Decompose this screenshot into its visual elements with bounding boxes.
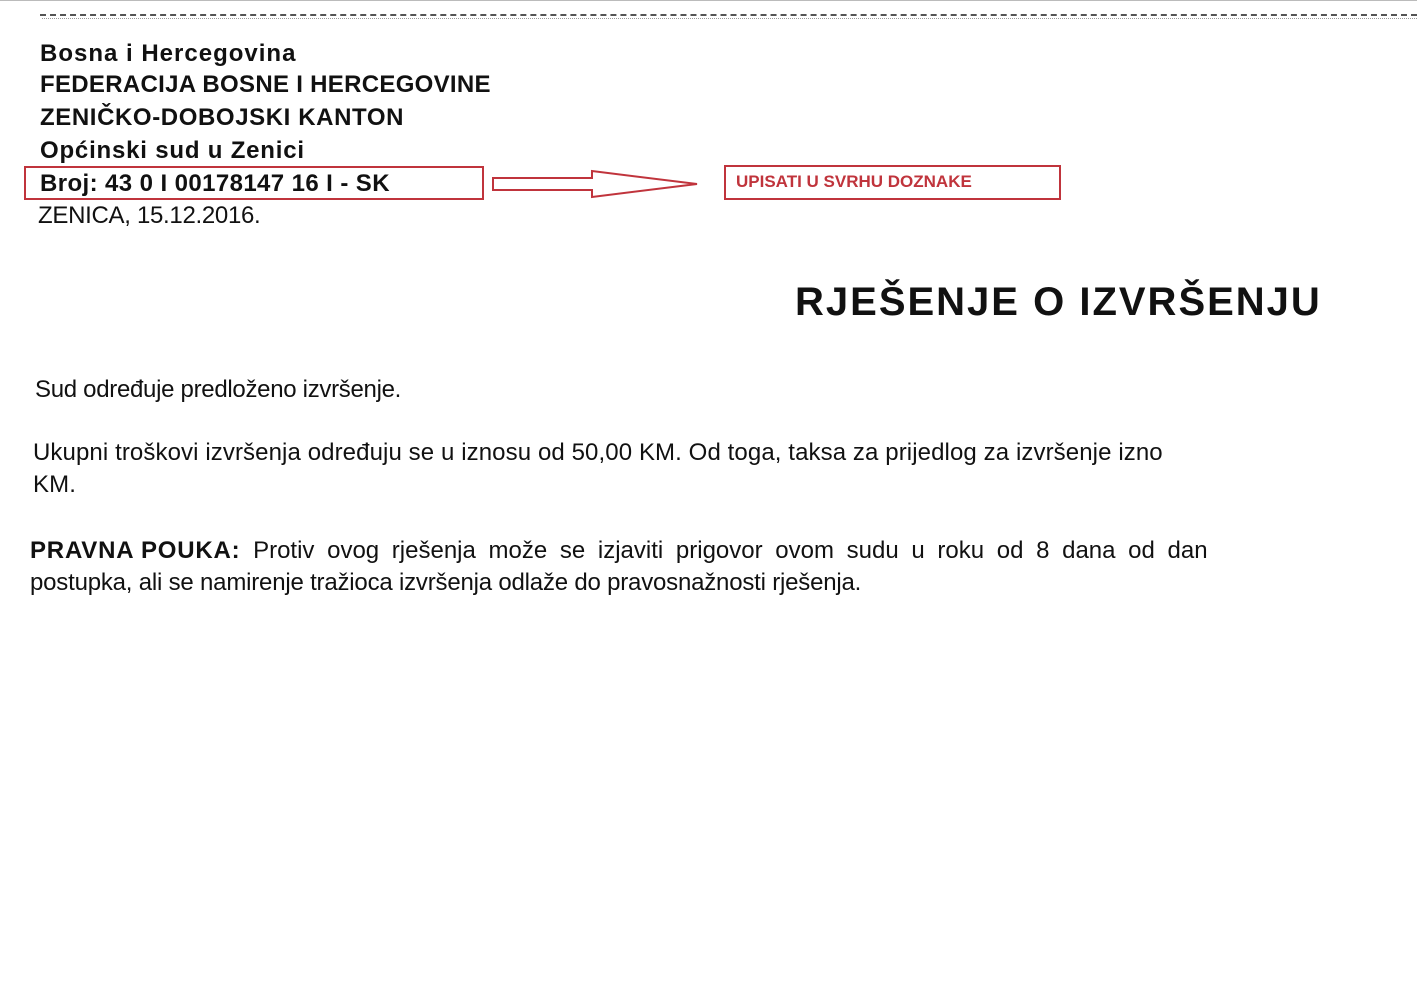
- federation-name: FEDERACIJA BOSNE I HERCEGOVINE: [40, 71, 491, 99]
- place-and-date: ZENICA, 15.12.2016.: [38, 202, 260, 230]
- document-title: RJEŠENJE O IZVRŠENJU: [795, 280, 1322, 325]
- costs-line-2: KM.: [33, 469, 1163, 501]
- paragraph-execution-costs: Ukupni troškovi izvršenja određuju se u …: [33, 437, 1163, 501]
- costs-line-1: Ukupni troškovi izvršenja određuju se u …: [33, 437, 1163, 469]
- payment-reference-note: UPISATI U SVRHU DOZNAKE: [724, 165, 1061, 200]
- top-dotted-rule: [42, 18, 1417, 19]
- canton-name: ZENIČKO-DOBOJSKI KANTON: [40, 104, 404, 132]
- legal-notice-text-1: Protiv ovog rješenja može se izjaviti pr…: [253, 537, 1207, 564]
- legal-notice-line-1: PRAVNA POUKA: Protiv ovog rješenja može …: [30, 535, 1208, 567]
- court-name: Općinski sud u Zenici: [40, 137, 305, 165]
- country-name: Bosna i Hercegovina: [40, 40, 296, 68]
- payment-reference-note-text: UPISATI U SVRHU DOZNAKE: [736, 172, 972, 191]
- scan-edge: [0, 0, 1417, 1]
- case-number-highlight-box: [24, 166, 484, 200]
- legal-notice-line-2: postupka, ali se namirenje tražioca izvr…: [30, 567, 1208, 599]
- paragraph-execution-ordered: Sud određuje predloženo izvršenje.: [35, 374, 401, 406]
- top-dashed-rule: [40, 14, 1417, 16]
- legal-notice-label: PRAVNA POUKA:: [30, 537, 240, 564]
- right-arrow-icon: [492, 168, 702, 200]
- legal-notice: PRAVNA POUKA: Protiv ovog rješenja može …: [30, 535, 1208, 599]
